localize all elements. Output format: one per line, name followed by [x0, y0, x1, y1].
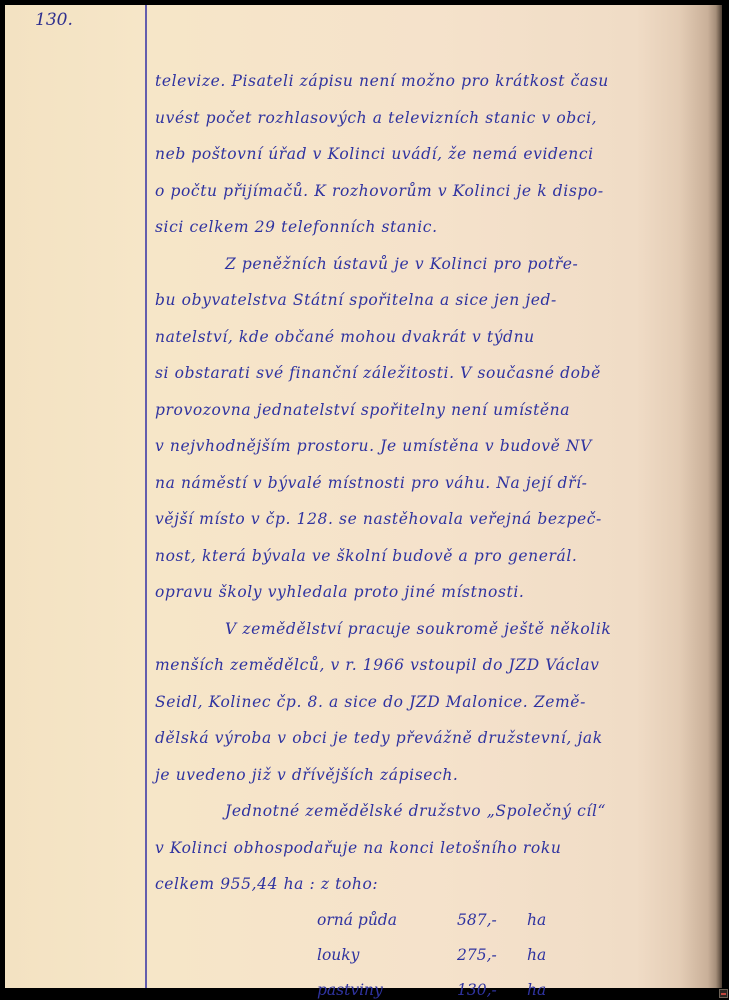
text-line: uvést počet rozhlasových a televizních s…	[155, 100, 695, 137]
paragraph-start-line: Jednotné zemědělské družstvo „Společný c…	[155, 793, 695, 830]
text-line: natelství, kde občané mohou dvakrát v tý…	[155, 319, 695, 356]
text-line: Seidl, Kolinec čp. 8. a sice do JZD Malo…	[155, 684, 695, 721]
text-line: dělská výroba v obci je tedy převážně dr…	[155, 720, 695, 757]
text-line: neb poštovní úřad v Kolinci uvádí, že ne…	[155, 136, 695, 173]
text-line: o počtu přijímačů. K rozhovorům v Kolinc…	[155, 173, 695, 210]
text-line: vější místo v čp. 128. se nastěhovala ve…	[155, 501, 695, 538]
land-type: pastviny	[317, 973, 383, 1000]
text-line: bu obyvatelstva Státní spořitelna a sice…	[155, 282, 695, 319]
document-page: 130. televize. Pisateli zápisu není možn…	[5, 5, 722, 988]
paragraph-start-line: V zemědělství pracuje soukromě ještě něk…	[155, 611, 695, 648]
land-unit: ha	[527, 938, 546, 973]
paragraph-start-line: Z peněžních ústavů je v Kolinci pro potř…	[155, 246, 695, 283]
text-line: v Kolinci obhospodařuje na konci letošní…	[155, 830, 695, 867]
land-area: 275,-	[457, 938, 497, 973]
land-unit: ha	[527, 973, 546, 1000]
text-line: na náměstí v bývalé místnosti pro váhu. …	[155, 465, 695, 502]
land-type: louky	[317, 938, 359, 973]
land-type: orná půda	[317, 903, 397, 938]
margin-line	[145, 5, 147, 988]
text-line: v nejvhodnějším prostoru. Je umístěna v …	[155, 428, 695, 465]
text-line: si obstarati své finanční záležitosti. V…	[155, 355, 695, 392]
land-table-row: pastviny 130,- ha	[155, 973, 695, 1000]
text-line: je uvedeno již v dřívějších zápisech.	[155, 757, 695, 794]
text-line: televize. Pisateli zápisu není možno pro…	[155, 63, 695, 100]
land-unit: ha	[527, 903, 546, 938]
page-number: 130.	[35, 10, 73, 30]
text-line: sici celkem 29 telefonních stanic.	[155, 209, 695, 246]
text-line: provozovna jednatelství spořitelny není …	[155, 392, 695, 429]
land-area: 587,-	[457, 903, 497, 938]
land-area: 130,-	[457, 973, 497, 1000]
text-line: celkem 955,44 ha : z toho:	[155, 866, 695, 903]
land-table-row: louky 275,- ha	[155, 938, 695, 973]
text-line: opravu školy vyhledala proto jiné místno…	[155, 574, 695, 611]
text-line: menších zemědělců, v r. 1966 vstoupil do…	[155, 647, 695, 684]
handwritten-text: televize. Pisateli zápisu není možno pro…	[155, 63, 695, 1000]
land-table-row: orná půda 587,- ha	[155, 903, 695, 938]
minimize-icon[interactable]	[719, 989, 728, 998]
text-line: nost, která bývala ve školní budově a pr…	[155, 538, 695, 575]
